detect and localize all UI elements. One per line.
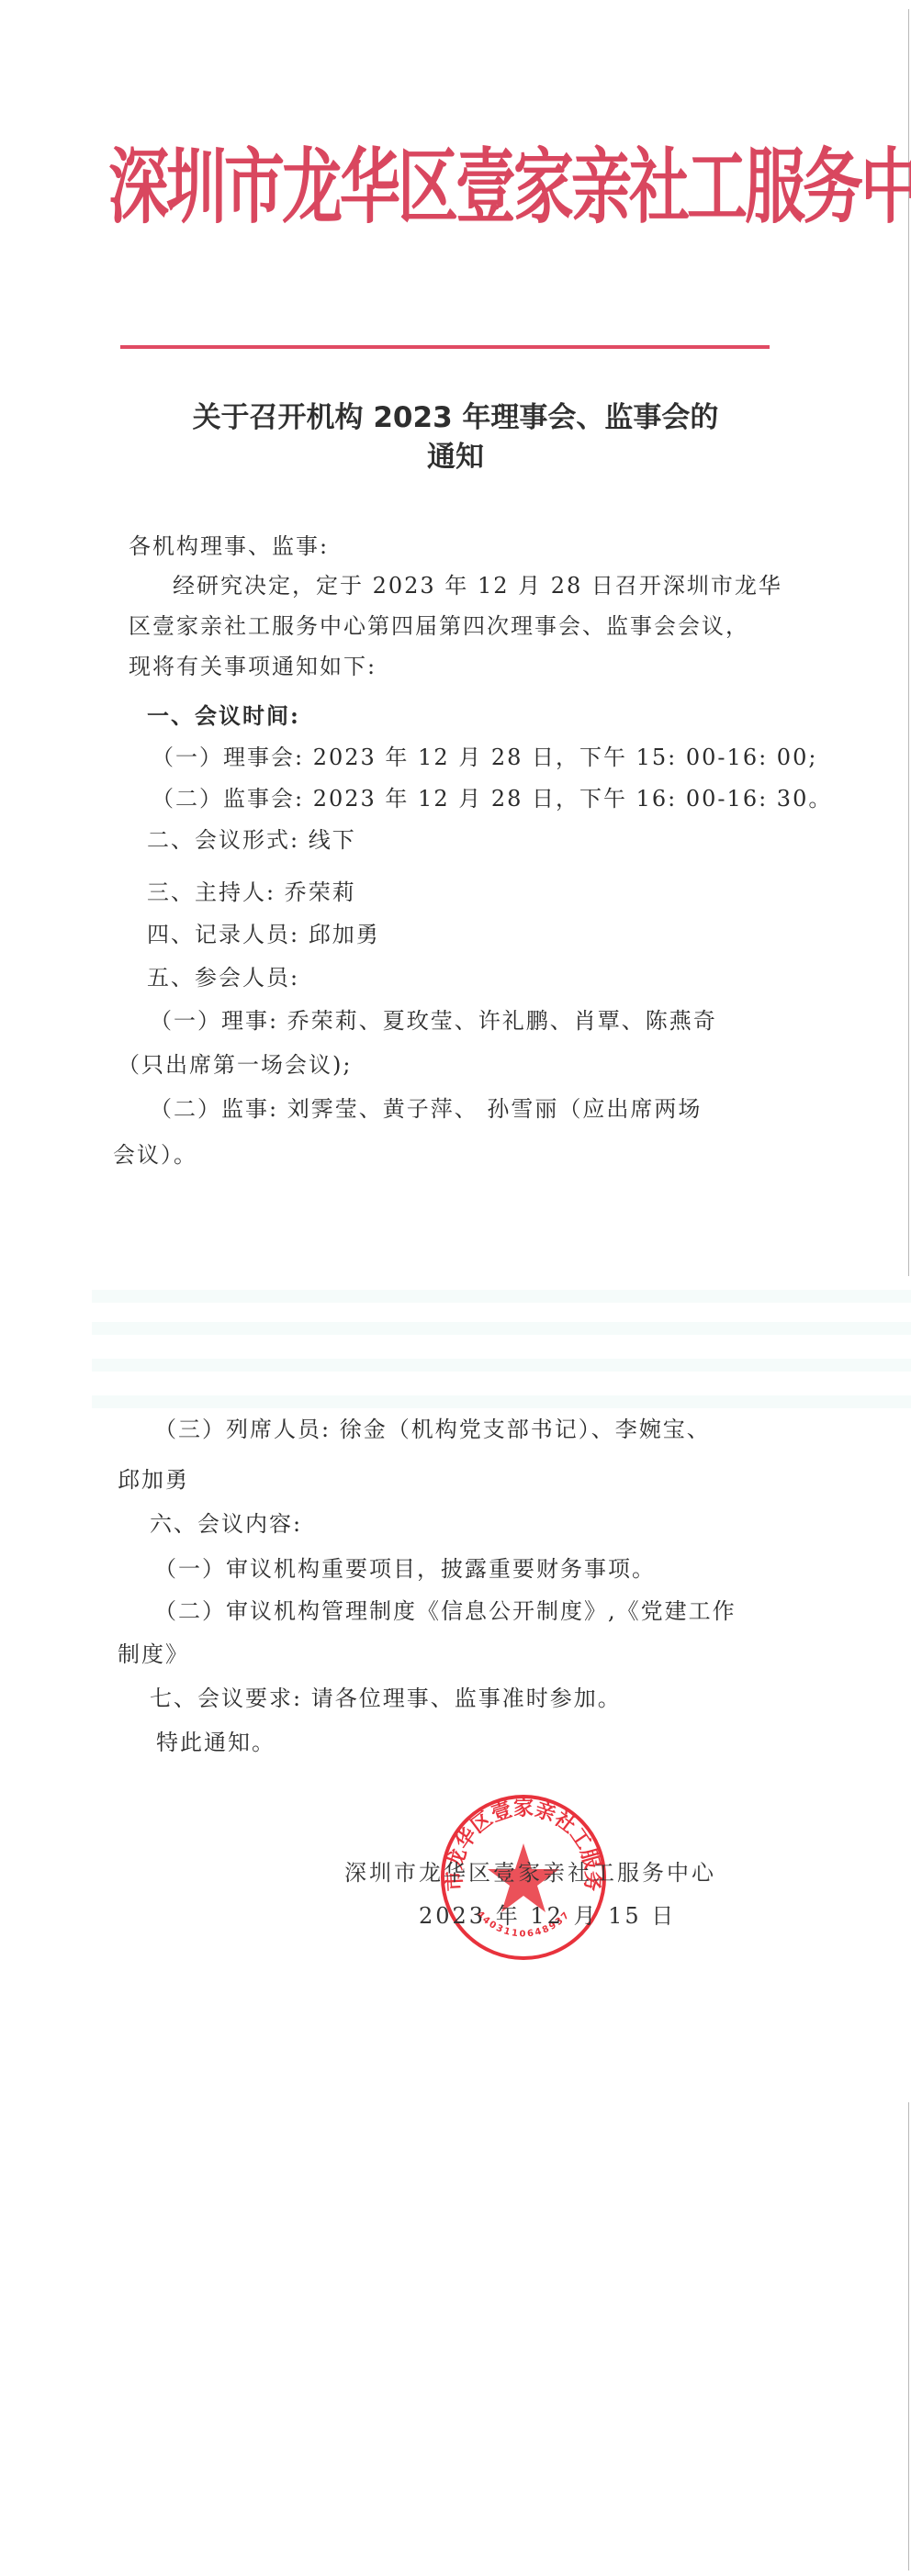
intro-line: 现将有关事项通知如下: — [129, 653, 377, 680]
section-heading-attendees: 五、参会人员: — [147, 964, 299, 991]
time-supervisory: （二）监事会: 2023 年 12 月 28 日，下午 16: 00-16: 3… — [152, 785, 832, 812]
time-board: （一）理事会: 2023 年 12 月 28 日，下午 15: 00-16: 0… — [152, 744, 817, 771]
letterhead-divider — [120, 345, 770, 349]
scan-band — [92, 1359, 911, 1372]
content-item-2: （二）审议机构管理制度《信息公开制度》,《党建工作 — [154, 1597, 737, 1625]
attendees-supervisory-note: 会议）。 — [113, 1141, 197, 1169]
attendees-observers-cont: 邱加勇 — [118, 1466, 189, 1494]
scan-band — [92, 1395, 911, 1408]
page-edge — [908, 2102, 909, 2570]
intro-line: 经研究决定，定于 2023 年 12 月 28 日召开深圳市龙华 — [173, 572, 782, 599]
meeting-format: 二、会议形式: 线下 — [147, 826, 356, 854]
section-heading-content: 六、会议内容: — [150, 1510, 302, 1538]
document-title-line1: 关于召开机构 2023 年理事会、监事会的 — [110, 398, 801, 438]
signature-org: 深圳市龙华区壹家亲社工服务中心 — [344, 1854, 716, 1887]
meeting-host: 三、主持人: 乔荣莉 — [147, 879, 356, 906]
attendees-board-note: （只出席第一场会议); — [118, 1051, 352, 1079]
scan-band — [92, 1290, 911, 1303]
scan-band — [92, 1322, 911, 1335]
salutation: 各机构理事、监事: — [129, 532, 329, 560]
meeting-requirements: 七、会议要求: 请各位理事、监事准时参加。 — [150, 1685, 622, 1712]
attendees-observers: （三）列席人员: 徐金（机构党支部书记）、李婉宝、 — [154, 1416, 711, 1443]
closing-line: 特此通知。 — [156, 1729, 276, 1756]
content-item-2-cont: 制度》 — [118, 1641, 189, 1668]
content-item-1: （一）审议机构重要项目，披露重要财务事项。 — [154, 1555, 656, 1583]
section-heading-time: 一、会议时间: — [147, 702, 300, 730]
document-title-line2: 通知 — [110, 438, 801, 477]
meeting-recorder: 四、记录人员: 邱加勇 — [147, 921, 380, 948]
letterhead-org-name: 深圳市龙华区壹家亲社工服务中心 — [108, 121, 788, 239]
signature-date: 2023 年 12 月 15 日 — [419, 1898, 676, 1930]
intro-line: 区壹家亲社工服务中心第四届第四次理事会、监事会会议， — [129, 612, 749, 640]
attendees-supervisory: （二）监事: 刘霁莹、黄子萍、 孙雪丽（应出席两场 — [150, 1095, 702, 1123]
attendees-board: （一）理事: 乔荣莉、夏玫莹、许礼鹏、肖覃、陈燕奇 — [150, 1007, 717, 1035]
